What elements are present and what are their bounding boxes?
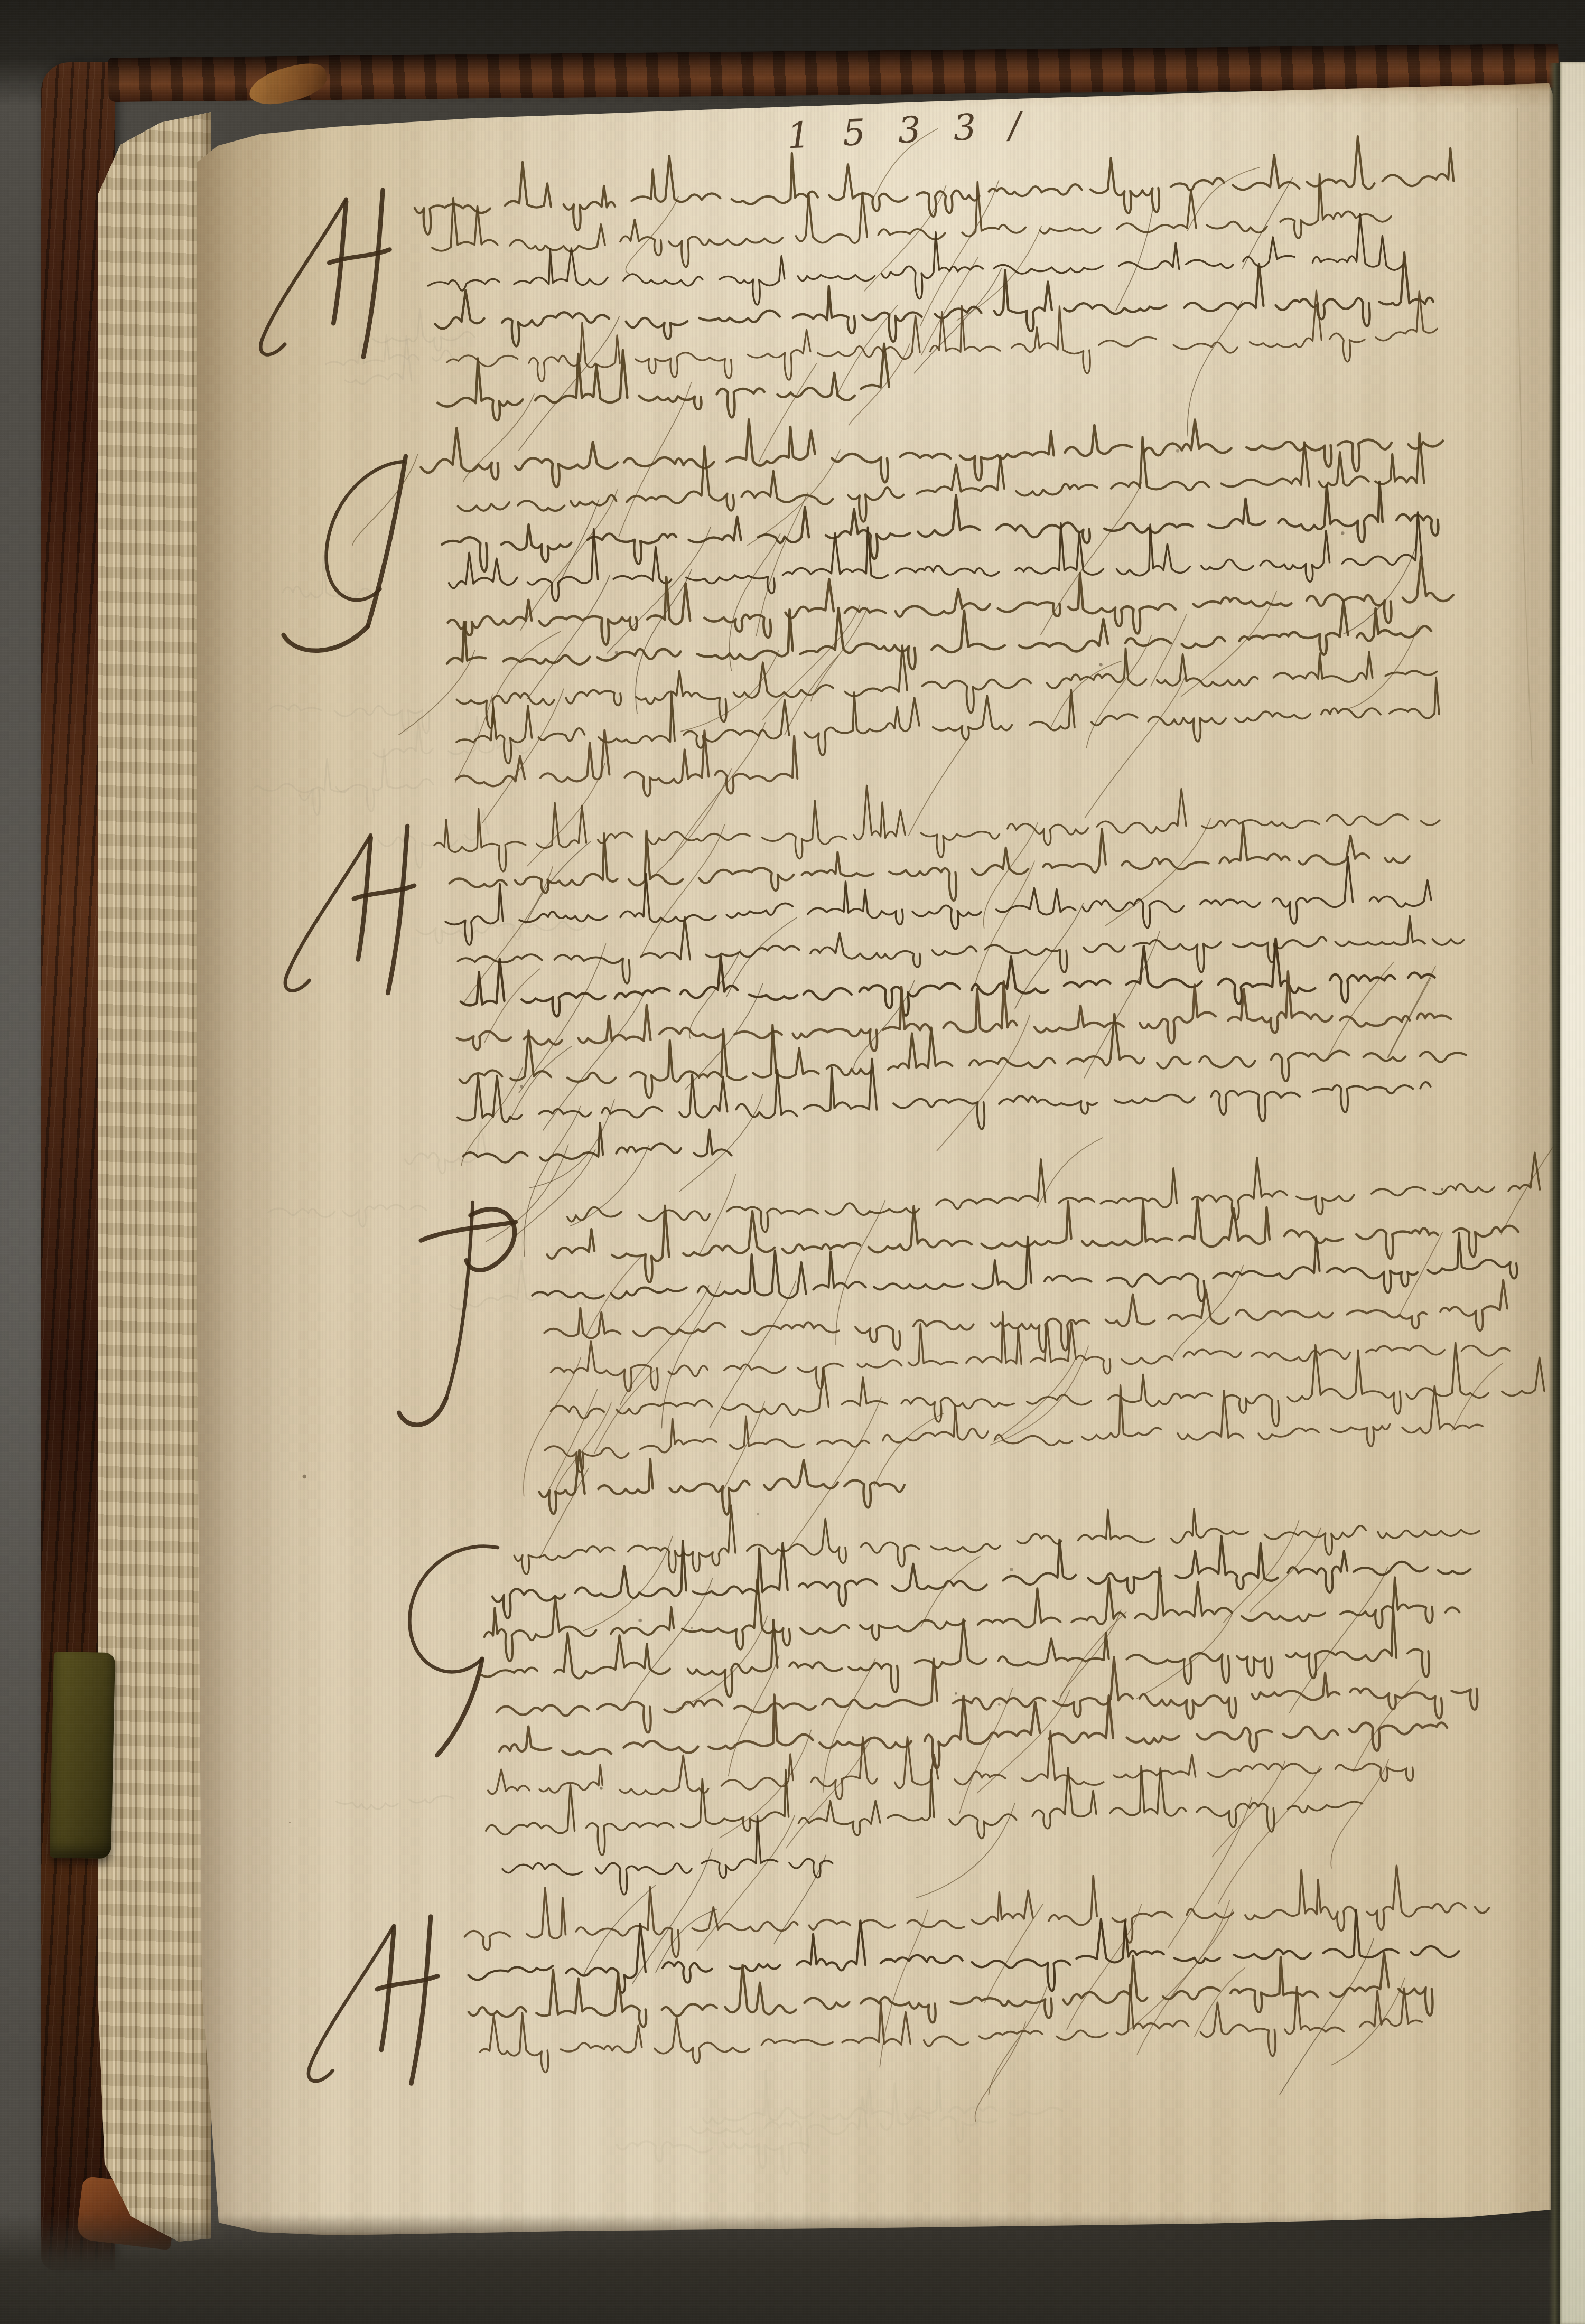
pen-hairline-flourish <box>604 528 714 654</box>
script-line <box>404 1121 487 1174</box>
script-line <box>441 480 1439 573</box>
paragraph-initial-I <box>435 1659 485 1755</box>
script-line <box>444 854 1432 947</box>
pen-hairline-flourish <box>524 575 613 699</box>
ink-speck <box>1176 449 1179 452</box>
pen-hairline-flourish <box>697 1174 738 1255</box>
pen-hairline-flourish <box>520 1357 584 1496</box>
pen-hairline-flourish <box>1240 177 1295 268</box>
pen-hairline-flourish <box>687 950 743 1038</box>
ink-speck <box>600 1787 603 1790</box>
paragraph-initial-P <box>399 1398 447 1425</box>
paragraph-initial-H <box>257 199 350 355</box>
pen-hairline-flourish <box>1184 301 1245 436</box>
pen-hairline-flourish <box>350 454 420 545</box>
script-line <box>478 1603 1430 1703</box>
pen-hairline-flourish <box>515 316 623 451</box>
pen-hairline-flourish <box>919 1557 982 1627</box>
script-line <box>433 771 1441 873</box>
paragraph-initial-H <box>282 835 375 991</box>
pen-hairline-flourish <box>1049 661 1123 728</box>
script-line <box>447 507 1422 604</box>
script-line <box>268 701 430 737</box>
pen-hairline-flourish <box>981 822 1041 929</box>
pen-hairline-flourish <box>847 344 912 425</box>
pen-hairline-flourish <box>1286 1567 1392 1713</box>
ink-speck <box>1341 531 1345 535</box>
script-line <box>456 1044 1432 1143</box>
manuscript-paragraph <box>304 1863 1494 2139</box>
pen-hairline-flourish <box>832 1200 889 1345</box>
paragraph-initial-A <box>324 462 407 601</box>
paragraph-initial-A <box>283 626 368 652</box>
ink-speck <box>1010 1568 1013 1571</box>
page-stack-fore-edge <box>98 107 211 2244</box>
pen-hairline-flourish <box>544 1389 600 1494</box>
pen-hairline-flourish <box>1328 1759 1392 1868</box>
script-line <box>513 1486 1480 1577</box>
paper-crease <box>1512 108 1534 763</box>
script-line <box>546 1183 1519 1285</box>
script-line <box>549 1339 1545 1445</box>
paragraph-initial-H <box>305 1925 398 2081</box>
pen-hairline-flourish <box>511 1150 597 1238</box>
pen-hairline-flourish <box>1149 615 1188 686</box>
script-line <box>448 811 1410 914</box>
script-line <box>702 2063 1062 2124</box>
script-line <box>483 1560 1460 1662</box>
script-line <box>456 897 1464 992</box>
pen-hairline-flourish <box>726 533 784 671</box>
pen-hairline-flourish <box>1210 1761 1288 1857</box>
script-line <box>251 748 434 817</box>
ink-speck <box>1099 663 1102 666</box>
pen-hairline-flourish <box>724 918 798 997</box>
script-line <box>456 967 1451 1062</box>
ink-speck <box>955 1692 957 1695</box>
ink-speck <box>998 1703 1001 1706</box>
handwriting-svg <box>169 66 1582 2256</box>
manuscript-photo-scene: 1 5 3 3 / <box>0 0 1585 2324</box>
ink-speck <box>757 1513 759 1516</box>
script-line <box>378 810 489 869</box>
ink-speck <box>303 1475 307 1479</box>
manuscript-page: 1 5 3 3 / <box>197 83 1553 2238</box>
pen-hairline-flourish <box>1081 677 1189 818</box>
script-line <box>544 1376 1483 1473</box>
pen-hairline-flourish <box>666 723 769 861</box>
pen-hairline-flourish <box>1193 1968 1247 2037</box>
pen-hairline-flourish <box>1103 819 1213 926</box>
paragraph-initial-H <box>377 1976 438 1989</box>
ink-speck <box>289 1822 291 1823</box>
pen-hairline-flourish <box>760 605 863 719</box>
script-line <box>617 2137 810 2178</box>
pen-hairline-flourish <box>871 129 939 200</box>
paragraph-initial-H <box>407 1917 435 2084</box>
ink-speck <box>638 1619 642 1623</box>
pen-hairline-flourish <box>1135 1613 1235 1699</box>
script-line <box>427 213 1404 313</box>
pen-hairline-flourish <box>584 1254 645 1336</box>
script-line <box>456 427 1425 532</box>
pen-hairline-flourish <box>1186 167 1261 231</box>
paragraph-initial-H <box>353 886 415 899</box>
paragraph-initial-I <box>408 1546 501 1673</box>
paragraph-initial-A <box>363 456 410 626</box>
script-line <box>456 632 1438 729</box>
pen-hairline-flourish <box>508 1046 574 1120</box>
script-line <box>462 1120 732 1164</box>
script-line <box>372 715 530 757</box>
pen-hairline-flourish <box>991 1357 1078 1441</box>
script-line <box>268 1204 427 1229</box>
script-line <box>487 1721 1413 1808</box>
script-line <box>544 1280 1508 1365</box>
pen-hairline-flourish <box>568 1146 650 1226</box>
pen-hairline-flourish <box>906 742 968 836</box>
pen-hairline-flourish <box>658 1282 724 1428</box>
pen-hairline-flourish <box>1324 962 1396 1060</box>
pen-hairline-flourish <box>1164 1797 1256 1947</box>
manuscript-paragraph <box>393 1126 1565 1558</box>
script-line <box>468 1947 1433 2040</box>
manuscript-paragraph <box>279 728 1471 1262</box>
paragraph-initial-P <box>421 1222 516 1241</box>
script-line <box>299 758 349 800</box>
velvet-bookmark-tab <box>50 1652 115 1859</box>
handwriting-block: 1 5 3 3 / <box>169 66 1582 2256</box>
background-bottom-shadow <box>0 2213 1585 2324</box>
script-line <box>336 1796 453 1811</box>
pen-hairline-flourish <box>623 1579 716 1706</box>
paragraph-initial-H <box>359 190 387 357</box>
script-line <box>566 1146 1540 1237</box>
script-line <box>538 1441 905 1519</box>
paragraph-initial-H <box>384 826 412 993</box>
paragraph-initial-H <box>329 249 390 263</box>
script-line <box>416 921 586 944</box>
pen-hairline-flourish <box>515 944 610 1093</box>
verso-show-through <box>236 108 1571 2187</box>
script-line <box>498 1677 1448 1779</box>
manuscript-paragraph <box>255 115 1462 546</box>
pen-hairline-flourish <box>745 449 842 545</box>
pen-hairline-flourish <box>982 1904 1046 2003</box>
pen-hairline-flourish <box>654 1909 718 1972</box>
pen-hairline-flourish <box>987 1346 1091 1445</box>
pen-hairline-flourish <box>1276 1938 1378 2094</box>
script-line <box>455 725 798 801</box>
pen-hairline-flourish <box>972 861 1038 985</box>
pen-hairline-flourish <box>517 490 621 630</box>
pen-hairline-flourish <box>490 631 563 703</box>
pen-hairline-flourish <box>873 1413 946 1485</box>
pen-hairline-flourish <box>934 1015 1033 1150</box>
facing-page-edge-strip <box>1560 62 1585 2324</box>
ink-speck <box>691 1627 693 1629</box>
pen-hairline-flourish <box>1113 208 1156 311</box>
ink-speck <box>1441 1188 1443 1191</box>
pen-hairline-flourish <box>1084 635 1154 748</box>
script-line <box>463 1863 1490 1962</box>
script-line <box>413 134 1454 235</box>
script-line <box>449 1258 619 1309</box>
pen-hairline-flourish <box>911 268 1004 373</box>
